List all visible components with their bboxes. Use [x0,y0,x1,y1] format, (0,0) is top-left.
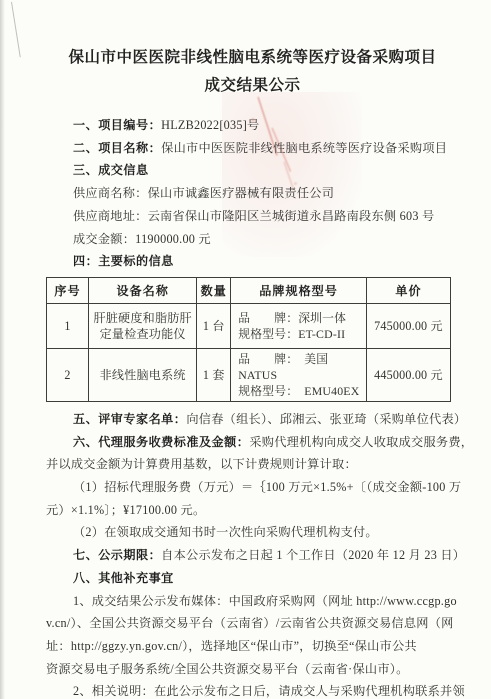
text-segment: HLZB2022[035]号 [161,118,259,132]
text-line: 供应商名称：保山市诚鑫医疗器械有限责任公司 [46,182,479,205]
section-label: 二、项目名称： [73,141,161,155]
table-cell: 745000.00 元 [366,303,450,348]
table-cell-line: 规格型号： EMU40EX [238,383,363,399]
table-row: 2非线性脑电系统1 套品 牌： 美国 NATUS规格型号： EMU40EX445… [47,348,451,401]
table-cell-line: 445000.00 元 [370,367,447,383]
table-cell-line: 定量检查功能仪 [92,326,193,342]
table-header-cell: 序号 [47,277,89,303]
section-label: 三、成交信息 [73,163,149,177]
table-cell-line: 肝脏硬度和脂肪肝 [92,310,193,326]
items-table: 序号设备名称数量品牌规格型号单价1肝脏硬度和脂肪肝定量检查功能仪1 台品 牌：深… [46,277,451,402]
text-segment: （2）在领取成交通知书时一次性向采购代理机构支付。 [73,525,378,539]
text-segment: 资源交易电子服务系统/全国公共资源交易平台（云南省·保山市）。 [46,662,409,676]
table-cell-line: 品 牌：深圳一体 [238,310,363,326]
text-line: 五、评审专家名单：向信春（组长）、邱湘云、张亚琦（采购单位代表） [46,408,479,431]
text-segment: 向信春（组长）、邱湘云、张亚琦（采购单位代表） [186,412,466,426]
section-label: 八、其他补充事宜 [73,571,174,585]
document-title-line-2: 成交结果公示 [46,72,459,100]
document-body-top: 一、项目编号：HLZB2022[035]号二、项目名称：保山市中医医院非线性脑电… [46,114,479,273]
table-cell: 肝脏硬度和脂肪肝定量检查功能仪 [89,303,197,348]
table-cell: 1 台 [197,303,231,348]
section-label: 七、公示期限： [73,548,161,562]
table-cell-line: 745000.00 元 [370,318,447,334]
text-segment: 1、成交结果公示发布媒体：中国政府采购网（网址 http://www.ccgp.… [73,594,457,608]
section-label: 六、代理服务收费标准及金额： [73,435,249,449]
table-cell: 2 [47,348,89,401]
table-header-row: 序号设备名称数量品牌规格型号单价 [47,277,451,303]
table-header-cell: 数量 [197,277,231,303]
text-segment: 并以成交金额为计算费用基数，以下计费规则计算计取： [46,457,357,471]
table-header-cell: 设备名称 [89,277,197,303]
table-header-cell: 品牌规格型号 [231,277,367,303]
text-segment: 2、相关说明：在此公示发布之日后，请成交人与采购代理机构联系并领 [73,684,465,698]
text-line: （1）招标代理服务费（万元）＝｛100 万元×1.5%+〔（成交金额-100 万 [46,476,479,499]
text-line: 六、代理服务收费标准及金额：采购代理机构向成交人收取成交服务费， [46,431,479,454]
text-line: （2）在领取成交通知书时一次性向采购代理机构支付。 [46,521,479,544]
text-line: 供应商地址：云南省保山市隆阳区兰城街道永昌路南段东侧 603 号 [46,205,479,228]
scanned-document: { "colors": { "paper": "#fcfcf9", "ink":… [0,0,491,699]
section-label: 四：主要标的信息 [73,254,174,268]
table-cell-line: 规格型号：ET-CD-II [238,326,363,342]
text-line: 并以成交金额为计算费用基数，以下计费规则计算计取： [46,453,479,476]
text-segment: 保山市中医医院非线性脑电系统等医疗设备采购项目 [161,141,447,155]
text-segment: 元）×1.1%〕；¥17100.00 元。 [46,503,205,517]
text-segment: 采购代理机构向成交人收取成交服务费， [249,435,473,449]
text-line: 1、成交结果公示发布媒体：中国政府采购网（网址 http://www.ccgp.… [46,590,479,613]
text-line: 四：主要标的信息 [46,250,479,273]
table-row: 1肝脏硬度和脂肪肝定量检查功能仪1 台品 牌：深圳一体规格型号：ET-CD-II… [47,303,451,348]
table-cell: 445000.00 元 [366,348,450,401]
table-cell-line: 非线性脑电系统 [92,367,193,383]
text-line: 一、项目编号：HLZB2022[035]号 [46,114,479,137]
text-line: 资源交易电子服务系统/全国公共资源交易平台（云南省·保山市）。 [46,658,479,681]
text-segment: 供应商地址：云南省保山市隆阳区兰城街道永昌路南段东侧 603 号 [73,209,434,223]
document-page: 保山市中医医院非线性脑电系统等医疗设备采购项目 成交结果公示 一、项目编号：HL… [0,0,491,699]
text-line: 二、项目名称：保山市中医医院非线性脑电系统等医疗设备采购项目 [46,137,479,160]
document-title-line-1: 保山市中医医院非线性脑电系统等医疗设备采购项目 [46,44,459,72]
table-cell: 1 套 [197,348,231,401]
text-segment: （1）招标代理服务费（万元）＝｛100 万元×1.5%+〔（成交金额-100 万 [73,480,461,494]
table-cell-line: 品 牌： 美国 NATUS [238,351,363,383]
text-line: 成交金额：1190000.00 元 [46,228,479,251]
table-cell: 品 牌： 美国 NATUS规格型号： EMU40EX [231,348,367,401]
text-line: 2、相关说明：在此公示发布之日后，请成交人与采购代理机构联系并领 [46,680,479,699]
table-cell: 1 [47,303,89,348]
text-line: 八、其他补充事宜 [46,567,479,590]
table-cell-line: 1 [50,318,85,334]
text-line: 三、成交信息 [46,159,479,182]
text-segment: 址：http://ggzy.yn.gov.cn/），选择地区“保山市”，切换至“… [46,639,417,653]
section-label: 一、项目编号： [73,118,161,132]
table-cell: 品 牌：深圳一体规格型号：ET-CD-II [231,303,367,348]
table-cell: 非线性脑电系统 [89,348,197,401]
table-cell-line: 2 [50,367,85,383]
text-segment: 成交金额：1190000.00 元 [73,232,211,246]
table-header-cell: 单价 [366,277,450,303]
text-line: 元）×1.1%〕；¥17100.00 元。 [46,499,479,522]
text-segment: 自本公示发布之日起 1 个工作日（2020 年 12 月 23 日） [161,548,465,562]
text-line: v.cn/）、全国公共资源交易平台（云南省）/云南省公共资源交易信息网（网 [46,612,479,635]
text-segment: 供应商名称：保山市诚鑫医疗器械有限责任公司 [73,186,334,200]
text-line: 址：http://ggzy.yn.gov.cn/），选择地区“保山市”，切换至“… [46,635,479,658]
table-cell-line: 1 套 [200,367,227,383]
document-body-bottom: 五、评审专家名单：向信春（组长）、邱湘云、张亚琦（采购单位代表）六、代理服务收费… [46,408,479,699]
table-cell-line: 1 台 [200,318,227,334]
text-line: 七、公示期限：自本公示发布之日起 1 个工作日（2020 年 12 月 23 日… [46,544,479,567]
text-segment: v.cn/）、全国公共资源交易平台（云南省）/云南省公共资源交易信息网（网 [46,616,454,630]
section-label: 五、评审专家名单： [73,412,186,426]
